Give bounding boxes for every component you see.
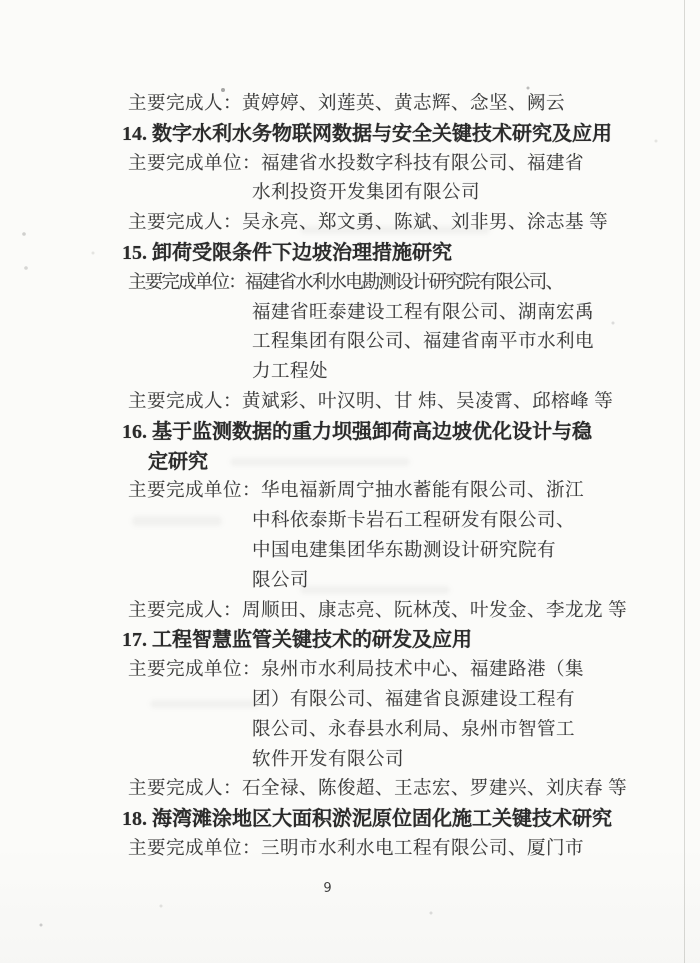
units-continuation-line: 中国电建集团华东勘测设计研究院有 (0, 537, 700, 567)
scan-noise-specks (0, 0, 2, 2)
project-title-text: 工程智慧监管关键技术的研发及应用 (152, 629, 472, 651)
units-text: 福建省水投数字科技有限公司、福建省 (261, 154, 584, 174)
project-title-line: 14.数字水利水务物联网数据与安全关键技术研究及应用 (0, 120, 700, 150)
project-title-line: 16.基于监测数据的重力坝强卸荷高边坡优化设计与稳 (0, 418, 700, 448)
units-text: 福建省水利水电勘测设计研究院有限公司、 (245, 273, 562, 293)
completing-units-line: 主要完成单位：福建省水利水电勘测设计研究院有限公司、 (0, 269, 700, 299)
units-text: 工程集团有限公司、福建省南平市水利电 (252, 332, 594, 352)
project-title-text: 海湾滩涂地区大面积淤泥原位固化施工关键技术研究 (152, 808, 612, 830)
units-text: 限公司、永春县水利局、泉州市智管工 (252, 720, 575, 740)
scan-edge-line (684, 0, 685, 963)
units-label: 主要完成单位： (128, 481, 261, 501)
completers-label: 主要完成人： (128, 213, 242, 233)
completers-line: 主要完成人：吴永亮、郑文勇、陈斌、刘非男、涂志基 等 (0, 209, 700, 239)
completers-names: 黄斌彩、叶汉明、甘 炜、吴凌霄、邱榕峰 等 (242, 392, 613, 412)
document-page: 主要完成人：黄婷婷、刘莲英、黄志辉、念坚、阙云 14.数字水利水务物联网数据与安… (0, 0, 700, 963)
page-number: 9 (0, 881, 655, 896)
completing-units-line: 主要完成单位：华电福新周宁抽水蓄能有限公司、浙江 (0, 477, 700, 507)
project-title-continuation-line: 定研究 (0, 448, 700, 478)
project-title-text: 定研究 (148, 451, 208, 473)
units-continuation-line: 限公司、永春县水利局、泉州市智管工 (0, 716, 700, 746)
completers-line: 主要完成人：石全禄、陈俊超、王志宏、罗建兴、刘庆春 等 (0, 775, 700, 805)
completers-names: 石全禄、陈俊超、王志宏、罗建兴、刘庆春 等 (242, 779, 627, 799)
completers-label: 主要完成人： (128, 779, 242, 799)
completers-label: 主要完成人： (128, 392, 242, 412)
units-text: 三明市水利水电工程有限公司、厦门市 (261, 839, 584, 859)
units-continuation-line: 力工程处 (0, 358, 700, 388)
units-continuation-line: 水利投资开发集团有限公司 (0, 179, 700, 209)
document-text-block: 主要完成人：黄婷婷、刘莲英、黄志辉、念坚、阙云 14.数字水利水务物联网数据与安… (0, 90, 700, 865)
project-number: 15. (122, 242, 147, 264)
units-label: 主要完成单位： (128, 839, 261, 859)
units-continuation-line: 限公司 (0, 567, 700, 597)
units-text: 华电福新周宁抽水蓄能有限公司、浙江 (261, 481, 584, 501)
units-text: 力工程处 (252, 362, 328, 382)
units-text: 软件开发有限公司 (252, 750, 404, 770)
completers-label: 主要完成人： (128, 94, 242, 114)
units-text: 中国电建集团华东勘测设计研究院有 (252, 541, 556, 561)
units-continuation-line: 福建省旺泰建设工程有限公司、湖南宏禹 (0, 299, 700, 329)
units-label: 主要完成单位： (128, 660, 261, 680)
units-text: 中科依泰斯卡岩石工程研发有限公司、 (252, 511, 575, 531)
project-number: 14. (122, 123, 147, 145)
project-number: 18. (122, 808, 147, 830)
units-label: 主要完成单位： (128, 154, 261, 174)
project-title-line: 17.工程智慧监管关键技术的研发及应用 (0, 626, 700, 656)
units-text: 团）有限公司、福建省良源建设工程有 (252, 690, 575, 710)
project-title-text: 基于监测数据的重力坝强卸荷高边坡优化设计与稳 (152, 421, 592, 443)
completing-units-line: 主要完成单位：三明市水利水电工程有限公司、厦门市 (0, 835, 700, 865)
completing-units-line: 主要完成单位：泉州市水利局技术中心、福建路港（集 (0, 656, 700, 686)
units-continuation-line: 团）有限公司、福建省良源建设工程有 (0, 686, 700, 716)
completers-names: 吴永亮、郑文勇、陈斌、刘非男、涂志基 等 (242, 213, 608, 233)
units-continuation-line: 工程集团有限公司、福建省南平市水利电 (0, 328, 700, 358)
project-title-line: 18.海湾滩涂地区大面积淤泥原位固化施工关键技术研究 (0, 805, 700, 835)
units-continuation-line: 中科依泰斯卡岩石工程研发有限公司、 (0, 507, 700, 537)
units-text: 限公司 (252, 571, 309, 591)
project-number: 16. (122, 421, 147, 443)
project-title-text: 数字水利水务物联网数据与安全关键技术研究及应用 (152, 123, 612, 145)
completers-line: 主要完成人：周顺田、康志亮、阮林茂、叶发金、李龙龙 等 (0, 597, 700, 627)
units-label: 主要完成单位： (128, 273, 245, 293)
completers-names: 黄婷婷、刘莲英、黄志辉、念坚、阙云 (242, 94, 565, 114)
units-text: 水利投资开发集团有限公司 (252, 183, 480, 203)
project-number: 17. (122, 629, 147, 651)
completers-line: 主要完成人：黄婷婷、刘莲英、黄志辉、念坚、阙云 (0, 90, 700, 120)
completers-label: 主要完成人： (128, 601, 242, 621)
completers-line: 主要完成人：黄斌彩、叶汉明、甘 炜、吴凌霄、邱榕峰 等 (0, 388, 700, 418)
completers-names: 周顺田、康志亮、阮林茂、叶发金、李龙龙 等 (242, 601, 627, 621)
completing-units-line: 主要完成单位：福建省水投数字科技有限公司、福建省 (0, 150, 700, 180)
units-continuation-line: 软件开发有限公司 (0, 746, 700, 776)
project-title-text: 卸荷受限条件下边坡治理措施研究 (152, 242, 452, 264)
units-text: 福建省旺泰建设工程有限公司、湖南宏禹 (252, 303, 594, 323)
units-text: 泉州市水利局技术中心、福建路港（集 (261, 660, 584, 680)
project-title-line: 15.卸荷受限条件下边坡治理措施研究 (0, 239, 700, 269)
